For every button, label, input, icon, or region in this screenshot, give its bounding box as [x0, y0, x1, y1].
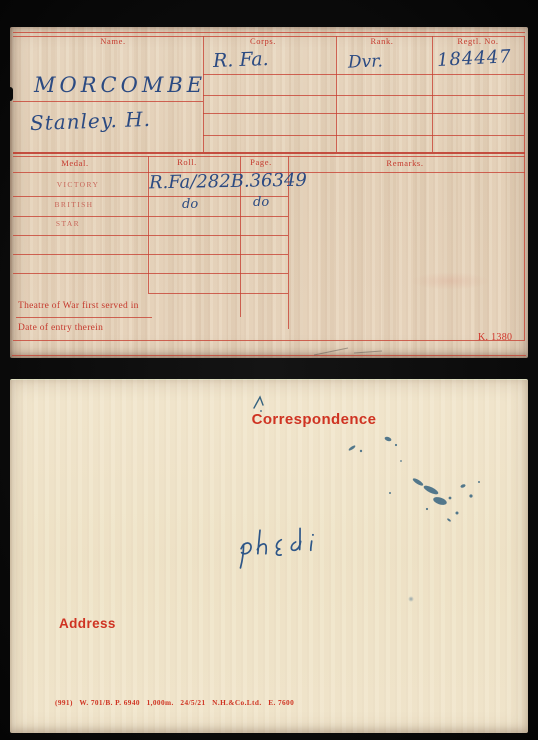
- column-header-roll: Roll.: [147, 157, 227, 167]
- grid-line: [336, 36, 337, 152]
- grid-line: [13, 101, 203, 102]
- grid-line: [148, 293, 288, 294]
- grid-line: [203, 135, 524, 136]
- ink-splatter: [330, 420, 505, 560]
- grid-line: [203, 95, 524, 96]
- medal-row-star: Star: [28, 219, 108, 228]
- medal-index-card-front: Name. Corps. Rank. Regtl. No. R. Fa. Dvr…: [10, 27, 528, 358]
- grid-line: [13, 254, 288, 255]
- handwritten-regtl-no: 184447: [437, 46, 513, 71]
- grid-line: [13, 152, 525, 154]
- column-header-remarks: Remarks.: [365, 158, 445, 168]
- grid-line: [13, 196, 288, 197]
- grid-line: [12, 355, 526, 356]
- grid-line: [203, 113, 524, 114]
- handwritten-surname: MORCOMBE: [34, 73, 206, 97]
- grid-line: [13, 273, 288, 274]
- ink-caret-mark: [250, 392, 270, 414]
- handwritten-forenames: Stanley. H.: [30, 107, 152, 135]
- scanned-document: Name. Corps. Rank. Regtl. No. R. Fa. Dvr…: [0, 0, 538, 740]
- ink-scribble: [229, 512, 330, 578]
- handwritten-roll-british-ditto: do: [182, 197, 198, 212]
- edge-tear: [10, 87, 13, 101]
- column-header-corps: Corps.: [223, 36, 303, 46]
- handwritten-rank: Dvr.: [348, 51, 384, 72]
- form-number: K. 1380: [478, 332, 512, 343]
- address-label: Address: [59, 616, 116, 631]
- grid-line: [16, 317, 152, 318]
- medal-row-victory: Victory: [38, 180, 118, 189]
- column-header-regtl-no: Regtl. No.: [438, 36, 518, 46]
- grid-line: [432, 36, 433, 152]
- date-of-entry-label: Date of entry therein: [18, 323, 103, 333]
- medal-row-british: British: [34, 200, 114, 209]
- column-header-rank: Rank.: [342, 36, 422, 46]
- handwritten-page-british-ditto: do: [253, 195, 269, 210]
- column-header-medal: Medal.: [35, 158, 115, 168]
- column-header-name: Name.: [73, 36, 153, 46]
- pencil-smudge: [310, 345, 390, 357]
- column-header-page: Page.: [221, 157, 301, 167]
- grid-line: [13, 32, 525, 33]
- grid-line: [13, 340, 525, 341]
- theatre-of-war-label: Theatre of War first served in: [18, 301, 139, 311]
- medal-index-card-back: Correspondence Address (991) W. 701/B. P…: [10, 379, 528, 733]
- grid-line: [203, 74, 524, 75]
- handwritten-corps: R. Fa.: [213, 48, 269, 72]
- scan-blemish: [410, 272, 490, 290]
- ink-speck: [408, 596, 414, 602]
- printer-imprint-line: (991) W. 701/B. P. 6940 1,000m. 24/5/21 …: [55, 698, 294, 707]
- handwritten-roll-victory: R.Fa/282B.36349: [149, 170, 307, 194]
- grid-line: [13, 216, 288, 217]
- grid-line: [13, 235, 288, 236]
- grid-line: [524, 36, 525, 340]
